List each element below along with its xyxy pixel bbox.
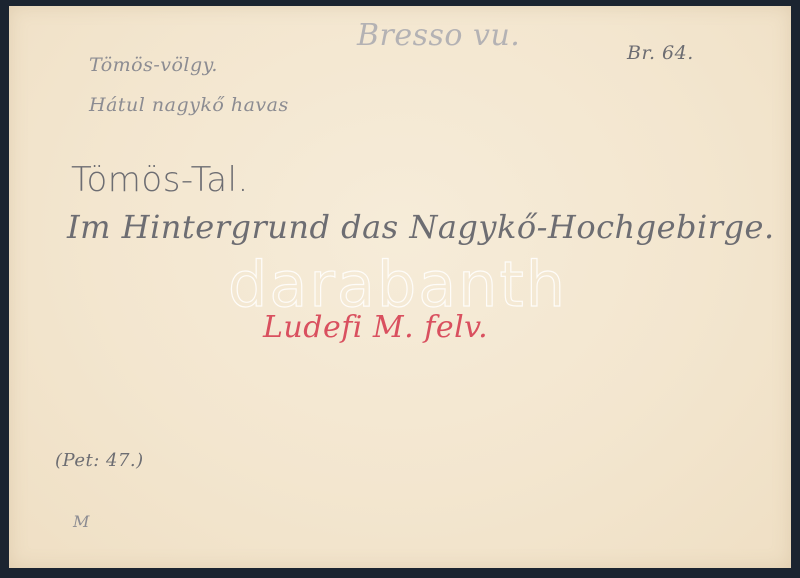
hungarian-caption: Hátul nagykő havas [89, 94, 289, 116]
german-caption: Im Hintergrund das Nagykő-Hochgebirge. [67, 208, 775, 246]
watermark: darabanth [228, 248, 567, 321]
bottom-mark: M [73, 512, 90, 531]
german-title: Tömös-Tal. [71, 160, 249, 200]
faint-pencil-note: Bresso vu. [357, 18, 520, 53]
reference-number: Br. 64. [627, 42, 694, 64]
hungarian-title: Tömös-völgy. [89, 54, 218, 76]
pet-reference: (Pet: 47.) [55, 450, 144, 471]
